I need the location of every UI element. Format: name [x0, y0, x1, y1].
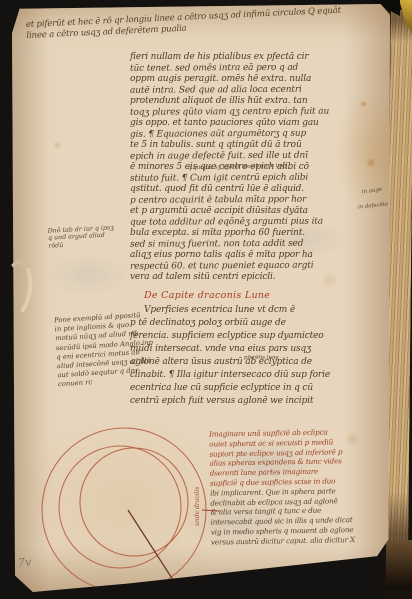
marginal-note: Pone exemplū ad ppositūin pte inglionis …: [54, 308, 198, 390]
interlinear-note: pferētis lune: [244, 355, 279, 361]
folio-number: 7v: [17, 555, 32, 569]
radius-line: [128, 510, 175, 583]
text-line: aliqʒ eius porno talis qalis ē mīta ppor…: [130, 250, 386, 261]
header-inscription: et piferūt et hec ē rō qr longiu linee a…: [26, 4, 377, 41]
text-line: epich in auge defectē fuit. sed ille ut …: [130, 150, 386, 163]
dark-annotation-lines: ibi implicarent. Que in sphera partedecl…: [210, 485, 393, 547]
diagram-vertical-label: unde dracōis: [194, 450, 201, 526]
text-line: fieri nullam de his ptialibus ex pfectā …: [130, 52, 386, 63]
eccentric-circles-diagram: [12, 404, 242, 599]
text-line: respectū 60. et tunc pueniet equaco argt…: [130, 260, 386, 273]
text-line: p centro acquirit ē tabula mīta ppor hor: [130, 194, 386, 207]
manuscript-page: et piferūt et hec ē rō qr longiu linee a…: [12, 4, 390, 592]
text-line: protendunt aliquot de illis hūt extra. t…: [130, 96, 386, 107]
middle-circle: [59, 446, 181, 568]
text-line: vera ad talem sitū centri epicicli.: [130, 272, 386, 283]
red-annotation-lines: Imaginare unā supficiē ab eclipcaouiet s…: [209, 426, 392, 488]
text-line: stituto fuit. ¶ Cum igit centrū epich al…: [130, 172, 386, 185]
text-line: bula excepta. si mīta pporha 60 fuerint.: [130, 228, 386, 239]
fore-edge-shadow: [386, 540, 412, 590]
text-line: gis oppo. et tanto pauciores qūto viam g…: [130, 118, 386, 129]
inner-eccentric-circle: [80, 448, 188, 556]
red-annotation-block: Imaginare unā supficiē ab eclipcaouiet s…: [209, 426, 393, 547]
text-line: toqʒ plures qūto viam qʒ centro epich fu…: [130, 106, 386, 119]
manuscript-photo: et piferūt et hec ē rō qr longiu linee a…: [0, 0, 412, 599]
text-line: tūc tenet. sed omēs intra eā pero q ad: [130, 62, 386, 75]
text-line: gis. ¶ Equaciones aūt argumētorʒ q sup: [130, 128, 386, 141]
text-line: oppm augis peragit. omēs hē extra. nulla: [130, 74, 386, 85]
text-line: ecentrica lue cū supficie eclyptice in q…: [130, 382, 392, 395]
text-line: qstitut. quod fit dū centrū lūe ē aliqui…: [130, 184, 386, 195]
text-line: versus austrū dicitur caput. alia dicitu…: [211, 534, 393, 547]
text-line: te 5 in tabulis. sunt q qtingūt dū ā tro…: [130, 140, 386, 151]
text-line: sed si minuʒ fuerint. non tota addit sed: [130, 238, 386, 251]
text-line: autē intra. Sed que ad alia loca ecentri: [130, 84, 386, 97]
rubric-heading: De Capite draconis Lune: [144, 290, 270, 301]
text-line: que tota additur ad eqōnēʒ argumti pius …: [130, 216, 386, 229]
text-line: et p argumtū acuē accipit diūsitas dyāta: [130, 206, 386, 217]
marginal-note: Dnō tab dr iur q ipsʒq und argud aliudrō…: [47, 224, 114, 250]
